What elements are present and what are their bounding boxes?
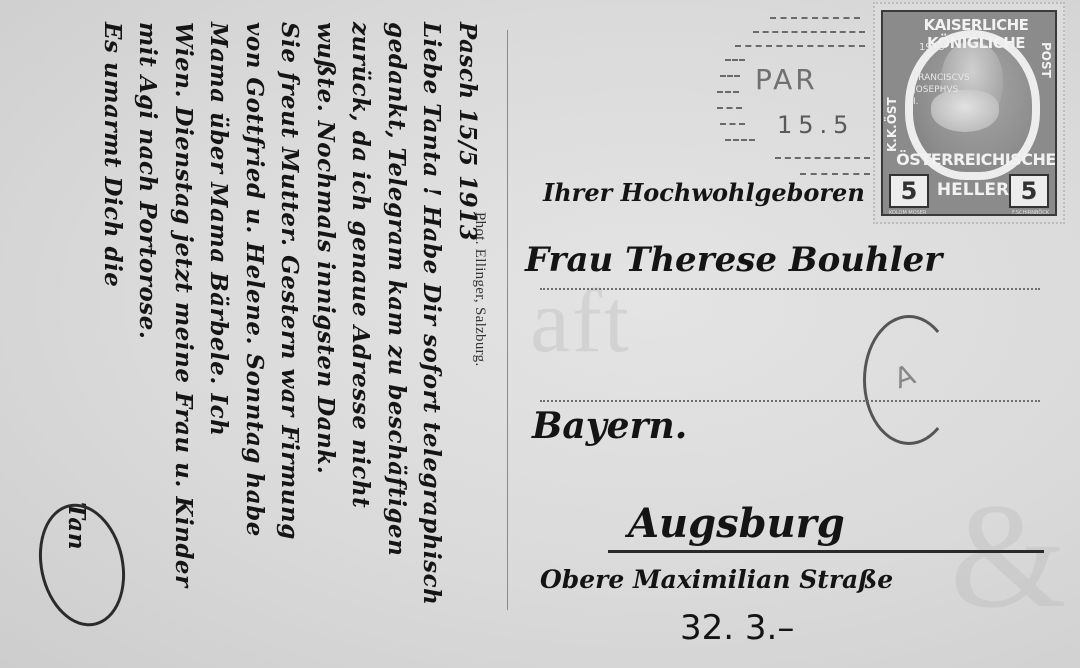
watermark-text: aft bbox=[530, 270, 631, 373]
address-dotted-line bbox=[540, 400, 1040, 402]
address-salutation: Ihrer Hochwohlgeboren bbox=[543, 178, 865, 207]
message-line: von Gottfried u. Helene. Sonntag habe bbox=[237, 22, 273, 662]
address-region: Bayern. bbox=[532, 405, 687, 447]
recipient-name: Frau Therese Bouhler bbox=[525, 240, 942, 280]
stamp-top-inscription: KAISERLICHE KÖNIGLICHE bbox=[891, 16, 1057, 52]
message-line: mit Agi nach Portorose. bbox=[130, 22, 166, 662]
stamp-currency: HELLER bbox=[933, 180, 1013, 200]
message-line: zurück, da ich genaue Adresse nicht bbox=[343, 22, 379, 662]
stamp-designer: KOLOM MOSER bbox=[889, 210, 926, 216]
postmark: PAR 15.5 bbox=[715, 5, 875, 190]
stamp-engraver: F.SCHIRNBÖCK bbox=[1012, 210, 1049, 216]
address-number: 32. 3.– bbox=[680, 608, 794, 648]
stamp-face: KAISERLICHE KÖNIGLICHE ÖSTERREICHISCHE K… bbox=[881, 10, 1057, 216]
stamp-value-right: 5 bbox=[1009, 174, 1049, 208]
stamp-value-left: 5 bbox=[889, 174, 929, 208]
message-line: Wien. Dienstag jetzt meine Frau u. Kinde… bbox=[166, 22, 202, 662]
stamp-bottom-inscription: ÖSTERREICHISCHE bbox=[891, 150, 1057, 169]
address-dotted-line bbox=[540, 288, 1040, 290]
message-line: wußte. Nochmals innigsten Dank. bbox=[308, 22, 344, 662]
postcard: aft & Pasch 15/5 1913 Liebe Tanta ! Habe… bbox=[0, 0, 1080, 668]
message-line: Liebe Tanta ! Habe Dir sofort telegraphi… bbox=[414, 22, 450, 662]
message-line: Mama über Mama Bärbele. Ich bbox=[201, 22, 237, 662]
publisher-credit: Phot. Ellinger, Salzburg. bbox=[471, 212, 488, 367]
address-city: Augsburg bbox=[628, 500, 845, 547]
message-line: Sie freut Mutter. Gestern war Firmung bbox=[272, 22, 308, 662]
city-underline bbox=[608, 550, 1044, 553]
message-line: gedankt, Telegram kam zu beschäftigen bbox=[379, 22, 415, 662]
stamp-portrait-inscription: FRANCISCVS JOSEPHVS I. bbox=[913, 72, 963, 108]
stamp-right-inscription: POST bbox=[1039, 42, 1053, 152]
stamp-left-inscription: K.K.ÖST bbox=[885, 42, 899, 152]
postmark-city: PAR bbox=[755, 63, 818, 96]
address-street: Obere Maximilian Straße bbox=[540, 565, 893, 594]
watermark-ampersand: & bbox=[950, 470, 1067, 642]
center-divider bbox=[507, 30, 508, 610]
stamp-year: 1908 bbox=[919, 42, 944, 53]
postmark-date: 15.5 bbox=[777, 111, 854, 139]
postage-stamp: KAISERLICHE KÖNIGLICHE ÖSTERREICHISCHE K… bbox=[873, 2, 1065, 224]
